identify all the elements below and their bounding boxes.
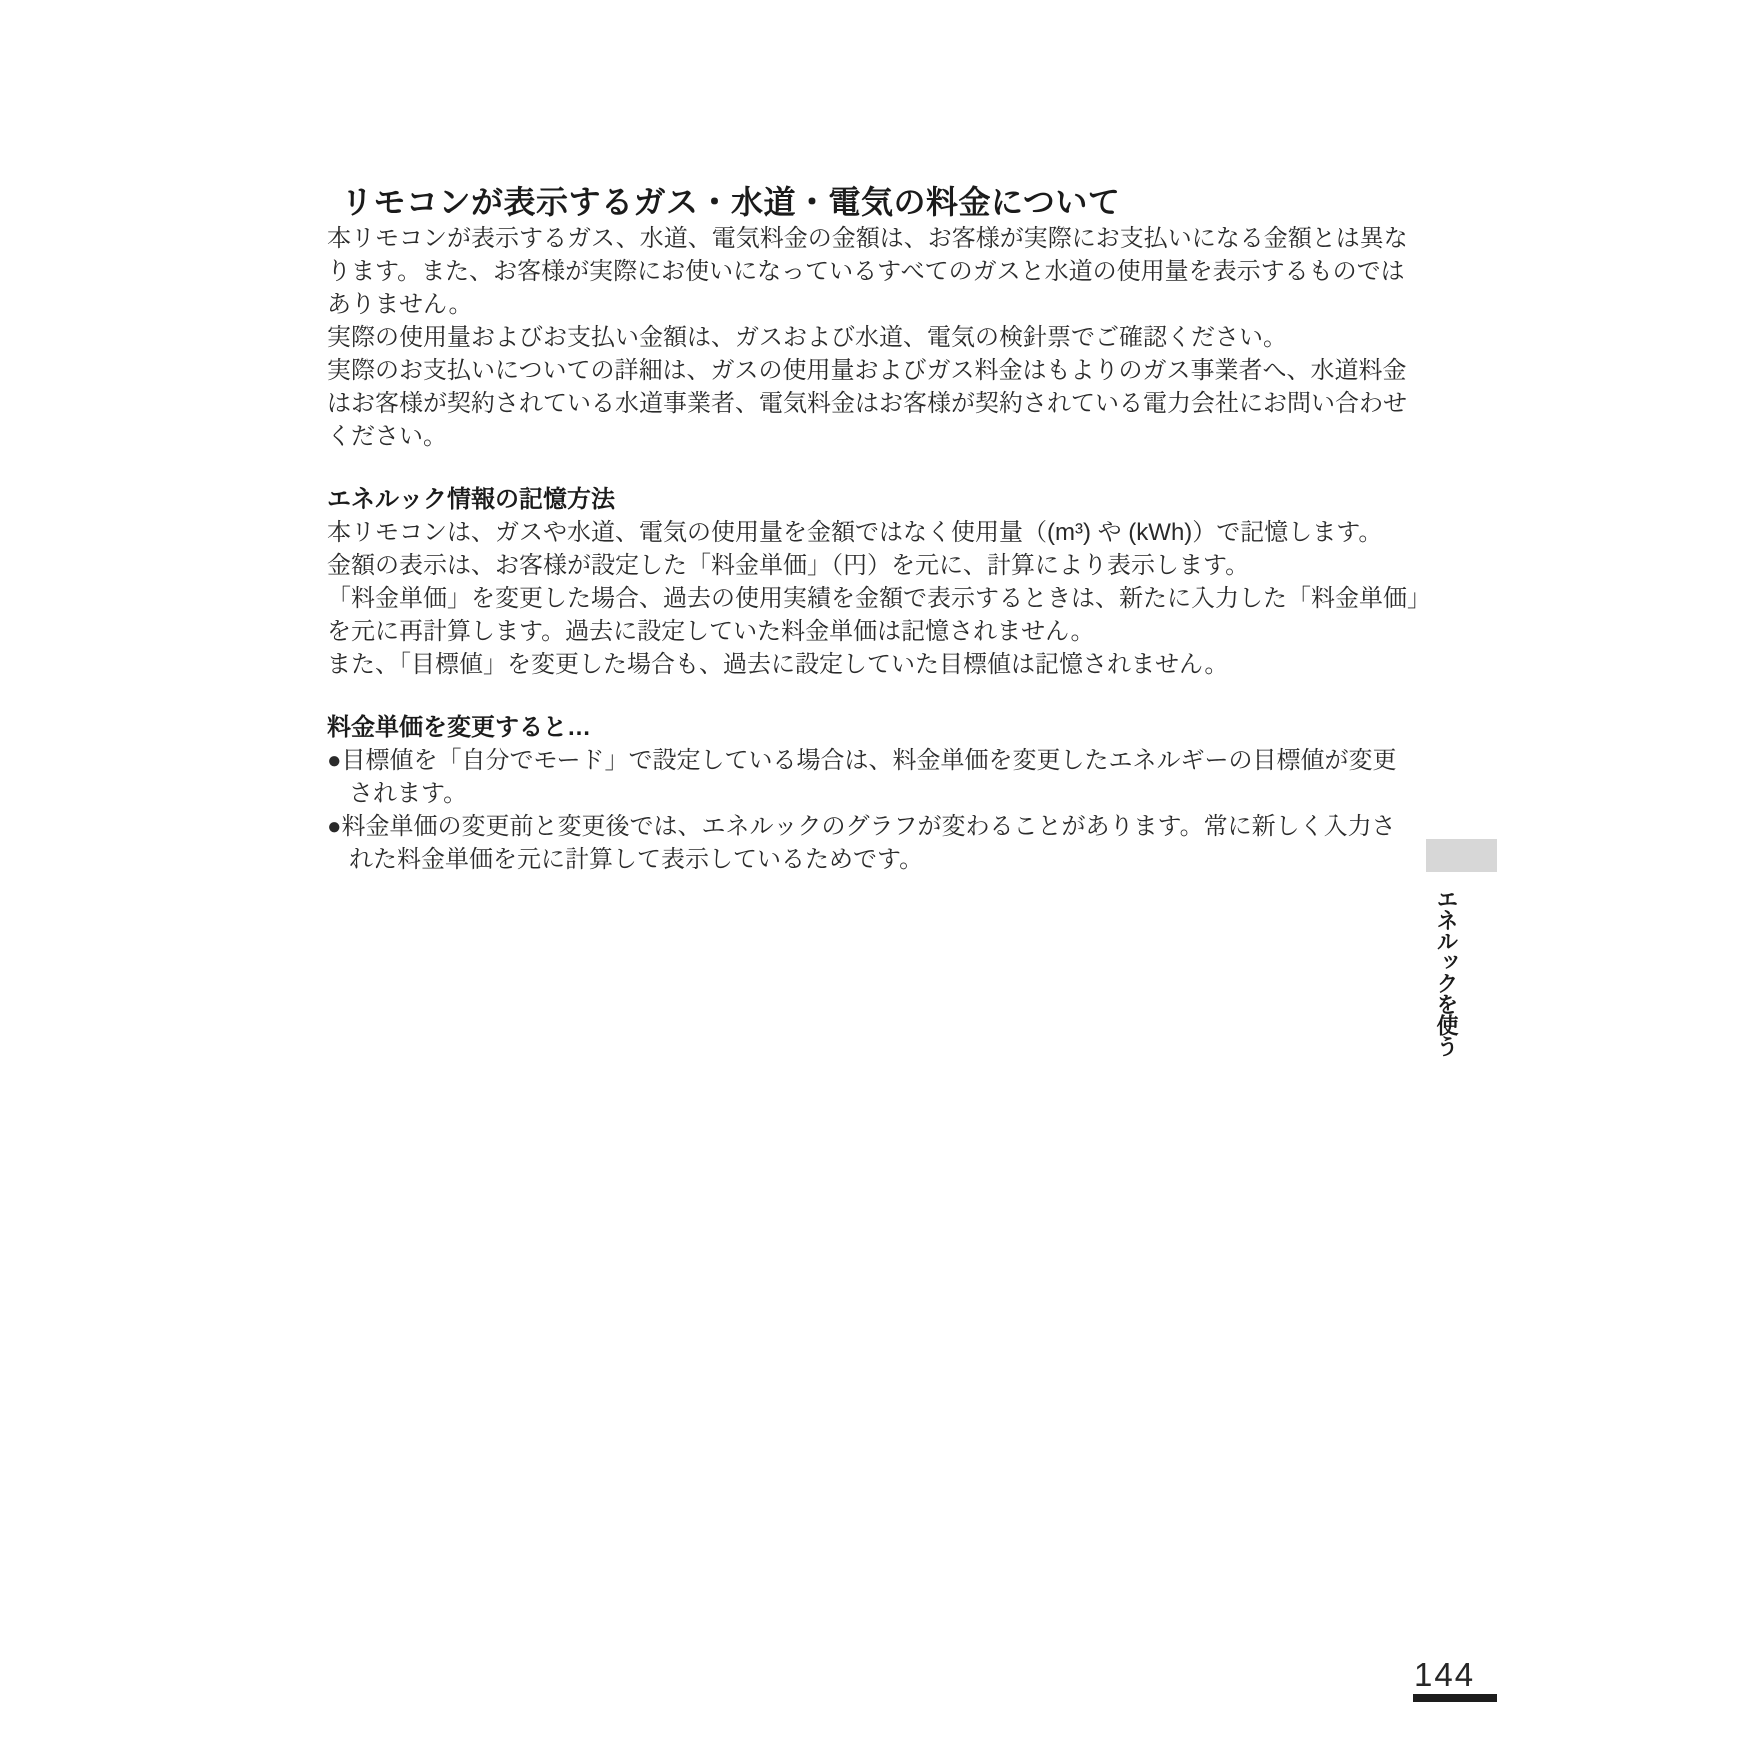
text-line: はお客様が契約されている水道事業者、電気料金はお客様が契約されている電力会社にお… — [327, 387, 1432, 420]
text-line: 実際の使用量およびお支払い金額は、ガスおよび水道、電気の検針票でご確認ください。 — [327, 321, 1432, 354]
text-line: また、「目標値」を変更した場合も、過去に設定していた目標値は記憶されません。 — [327, 648, 1432, 681]
bullet-line: ●料金単価の変更前と変更後では、エネルックのグラフが変わることがあります。常に新… — [327, 810, 1432, 843]
section: エネルック情報の記憶方法本リモコンは、ガスや水道、電気の使用量を金額ではなく使用… — [327, 483, 1432, 681]
text-line: 本リモコンは、ガスや水道、電気の使用量を金額ではなく使用量（(m³) や (kW… — [327, 516, 1432, 549]
page-title: リモコンが表示するガス・水道・電気の料金について — [341, 182, 1432, 222]
section-heading: 料金単価を変更すると… — [327, 711, 1432, 744]
page-number: 144 — [1414, 1657, 1475, 1693]
bullet-line: ●目標値を「自分でモード」で設定している場合は、料金単価を変更したエネルギーの目… — [327, 744, 1432, 777]
sections-container: 本リモコンが表示するガス、水道、電気料金の金額は、お客様が実際にお支払いになる金… — [327, 222, 1432, 876]
text-line: 「料金単価」を変更した場合、過去の使用実績を金額で表示するときは、新たに入力した… — [327, 582, 1432, 615]
text-line: ありません。 — [327, 288, 1432, 321]
text-line: 金額の表示は、お客様が設定した「料金単価」（円）を元に、計算により表示します。 — [327, 549, 1432, 582]
manual-page: リモコンが表示するガス・水道・電気の料金について 本リモコンが表示するガス、水道… — [0, 0, 1754, 1754]
text-line: ください。 — [327, 420, 1432, 453]
bullet-continuation-line: れた料金単価を元に計算して表示しているためです。 — [327, 843, 1432, 876]
page-number-underline — [1413, 1694, 1497, 1702]
text-line: 実際のお支払いについての詳細は、ガスの使用量およびガス料金はもよりのガス事業者へ… — [327, 354, 1432, 387]
content-area: リモコンが表示するガス・水道・電気の料金について 本リモコンが表示するガス、水道… — [327, 182, 1432, 876]
text-line: ります。また、お客様が実際にお使いになっているすべてのガスと水道の使用量を表示す… — [327, 255, 1432, 288]
section: 料金単価を変更すると…●目標値を「自分でモード」で設定している場合は、料金単価を… — [327, 711, 1432, 876]
chapter-tab-label: エネルックを使う — [1431, 888, 1461, 1056]
chapter-tab-marker — [1426, 839, 1497, 872]
section: 本リモコンが表示するガス、水道、電気料金の金額は、お客様が実際にお支払いになる金… — [327, 222, 1432, 453]
bullet-continuation-line: されます。 — [327, 777, 1432, 810]
text-line: 本リモコンが表示するガス、水道、電気料金の金額は、お客様が実際にお支払いになる金… — [327, 222, 1432, 255]
section-heading: エネルック情報の記憶方法 — [327, 483, 1432, 516]
text-line: を元に再計算します。過去に設定していた料金単価は記憶されません。 — [327, 615, 1432, 648]
